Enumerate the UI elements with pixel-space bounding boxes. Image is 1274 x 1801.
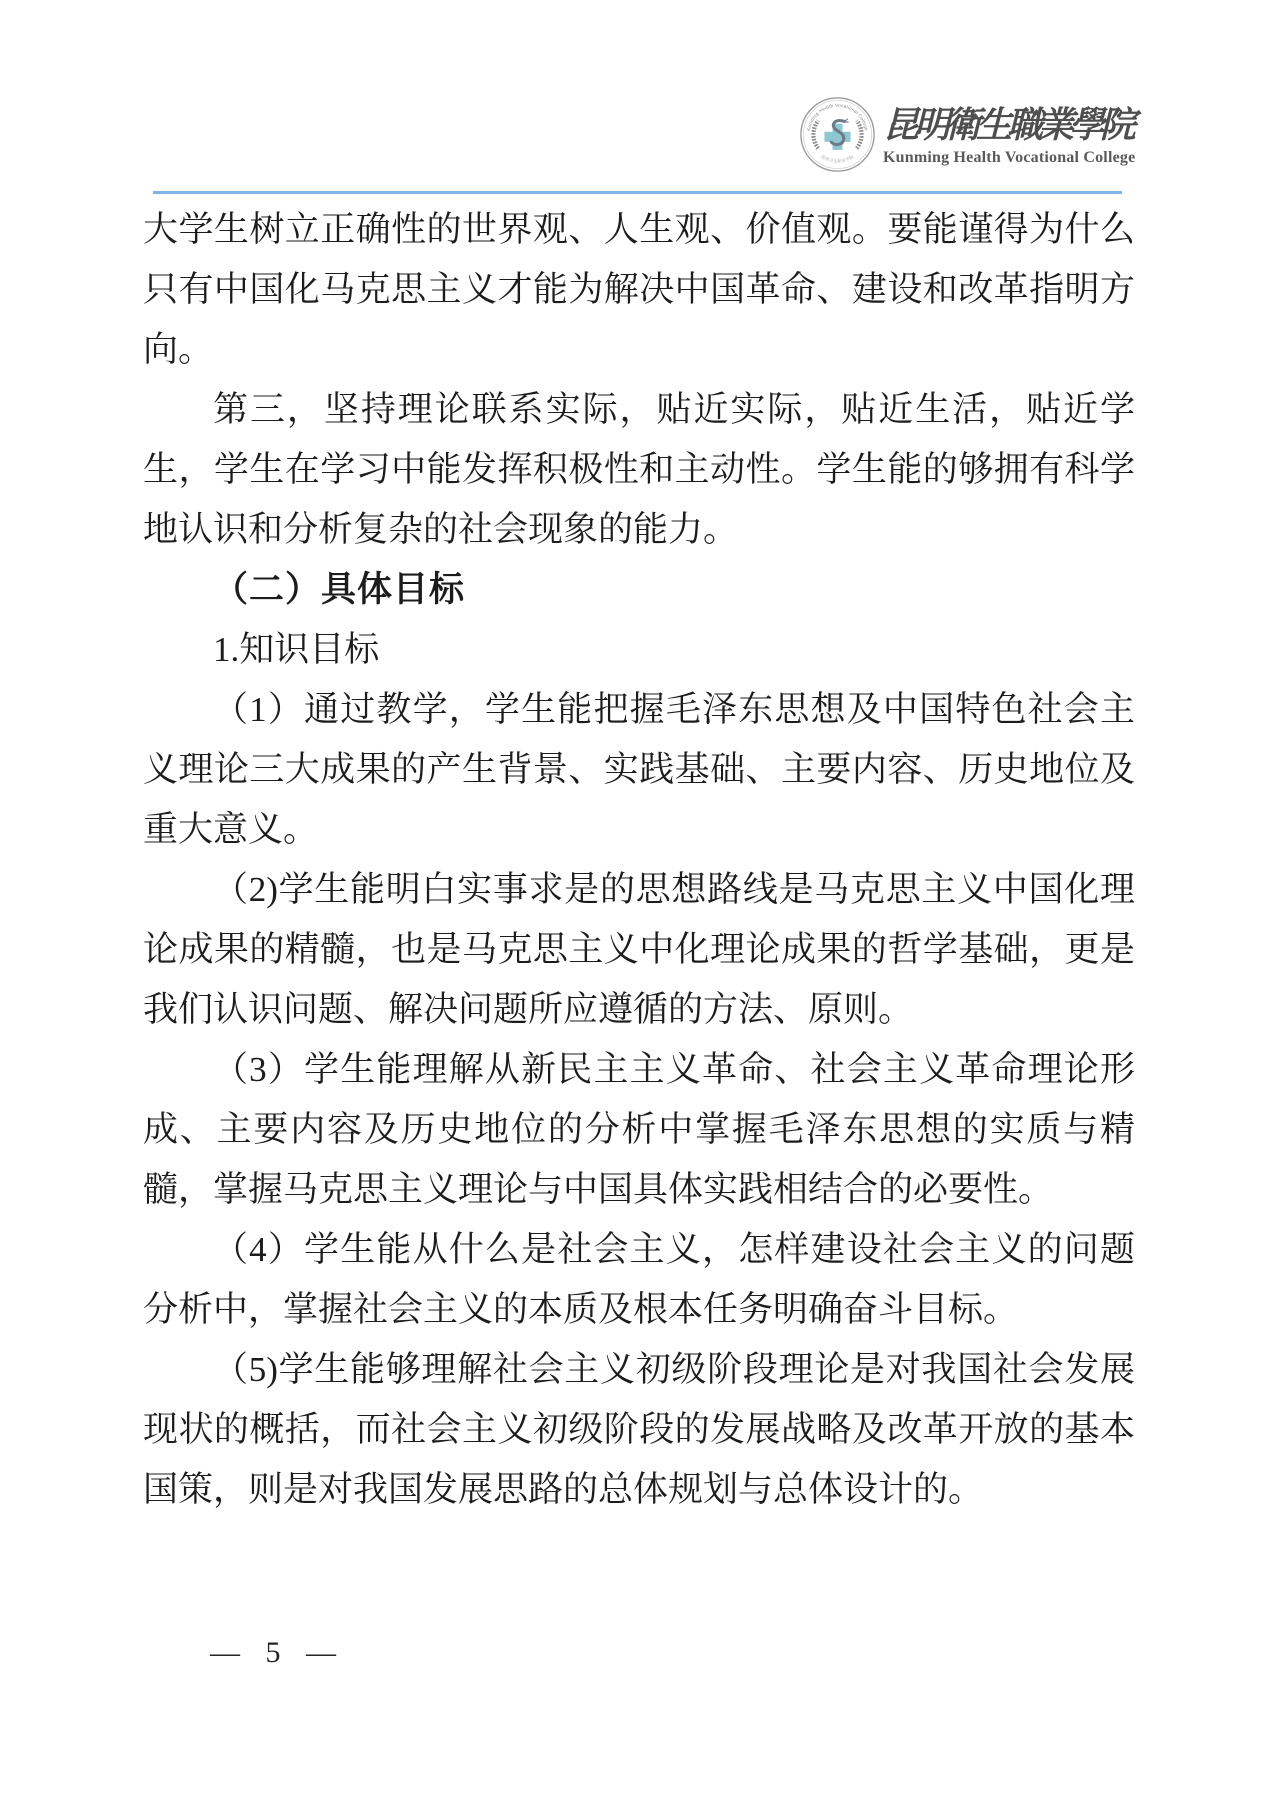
paragraph-goal-5: （5)学生能够理解社会主义初级阶段理论是对我国社会发展现状的概括，而社会主义初级… (143, 1340, 1135, 1520)
seal-laurel-right (857, 121, 862, 149)
section-heading-specific-goals: （二）具体目标 (143, 560, 1135, 620)
subheading-knowledge-goals: 1.知识目标 (143, 620, 1135, 680)
college-seal-logo: Kunming Health Vocational College 昆明卫生职业… (799, 95, 876, 174)
college-name-zh: 昆明衛生職業學院 (883, 103, 1135, 147)
college-name-en: Kunming Health Vocational College (883, 149, 1135, 167)
svg-text:昆明卫生职业学院: 昆明卫生职业学院 (820, 153, 855, 164)
paragraph-goal-2: （2)学生能明白实事求是的思想路线是马克思主义中国化理论成果的精髓，也是马克思主… (143, 860, 1135, 1040)
page-footer: — 5 — (158, 1636, 392, 1670)
paragraph-third-principle: 第三，坚持理论联系实际，贴近实际，贴近生活，贴近学生，学生在学习中能发挥积极性和… (143, 380, 1135, 560)
header-divider (153, 191, 1122, 194)
paragraph-goal-3: （3）学生能理解从新民主主义革命、社会主义革命理论形成、主要内容及历史地位的分析… (143, 1040, 1135, 1220)
paragraph-goal-4: （4）学生能从什么是社会主义，怎样建设社会主义的问题分析中，掌握社会主义的本质及… (143, 1220, 1135, 1340)
page-number: — 5 — (210, 1636, 340, 1669)
document-body: 大学生树立正确性的世界观、人生观、价值观。要能谨得为什么只有中国化马克思主义才能… (143, 200, 1135, 1520)
college-name-block: 昆明衛生職業學院 Kunming Health Vocational Colle… (883, 103, 1135, 167)
seal-dragon-head (844, 119, 848, 122)
paragraph-continuation: 大学生树立正确性的世界观、人生观、价值观。要能谨得为什么只有中国化马克思主义才能… (143, 200, 1135, 380)
seal-laurel-left (813, 121, 818, 149)
seal-bottom-text: 昆明卫生职业学院 (820, 153, 855, 164)
paragraph-goal-1: （1）通过教学，学生能把握毛泽东思想及中国特色社会主义理论三大成果的产生背景、实… (143, 680, 1135, 860)
document-page: Kunming Health Vocational College 昆明卫生职业… (0, 0, 1274, 1801)
